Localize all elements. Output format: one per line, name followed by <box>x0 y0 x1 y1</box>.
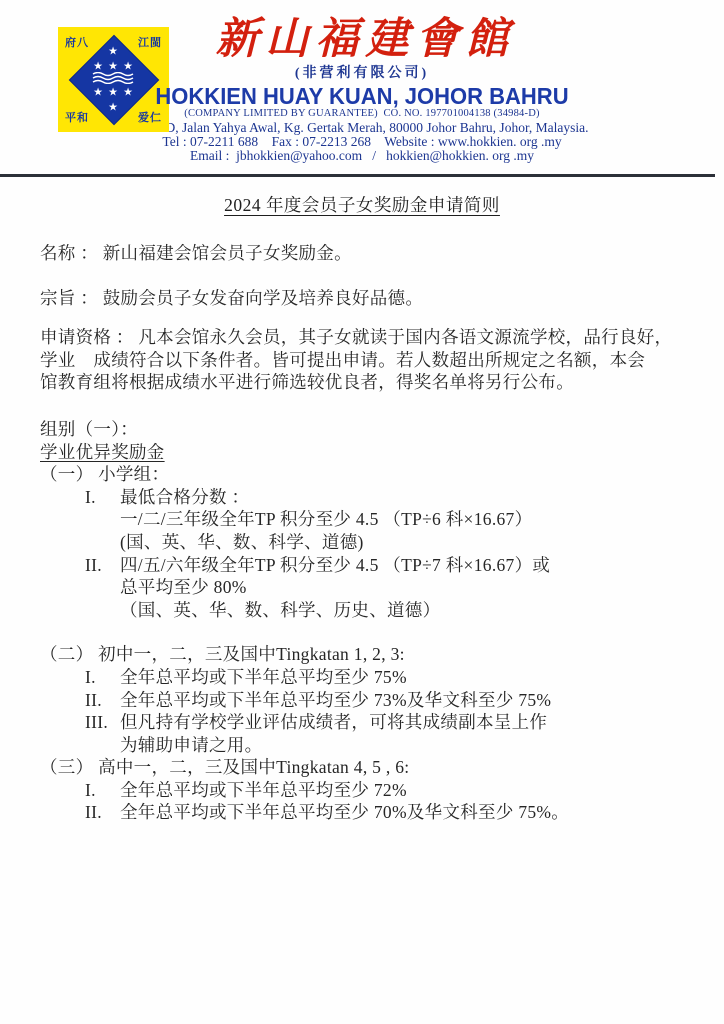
letterhead: ★ ★ ★ ★ ★ ★ ★ ★ 府八 江閩 平和 爱仁 新山福建會館 (非营利有… <box>0 0 724 163</box>
list-item: 总平均至少 80% <box>40 576 688 599</box>
item-label: I. <box>85 779 120 802</box>
item-text: 全年总平均或下半年总平均至少 70%及华文科至少 75%。 <box>120 801 569 824</box>
item-label <box>85 734 120 757</box>
item-text: 全年总平均或下半年总平均至少 73%及华文科至少 75% <box>120 689 551 712</box>
list-item: （国、英、华、数、科学、历史、道德） <box>40 599 688 622</box>
email-line: Email : jbhokkien@yahoo.com / hokkien@ho… <box>0 149 724 163</box>
item-text: (国、英、华、数、科学、道德) <box>120 531 364 554</box>
list-item: 为辅助申请之用。 <box>40 734 688 757</box>
item-label <box>85 576 120 599</box>
list-item: II. 全年总平均或下半年总平均至少 73%及华文科至少 75% <box>40 689 688 712</box>
star-icon: ★ <box>108 47 118 58</box>
item-text: 为辅助申请之用。 <box>120 734 262 757</box>
item-label: II. <box>85 801 120 824</box>
list-item: (国、英、华、数、科学、道德) <box>40 531 688 554</box>
para-eligibility-line-3: 馆教育组将根据成绩水平进行筛选较优良者，得奖名单将另行公布。 <box>40 371 688 394</box>
section-primary-heading: （一） 小学组： <box>40 463 688 486</box>
item-text: （国、英、华、数、科学、历史、道德） <box>120 599 440 622</box>
item-label <box>85 531 120 554</box>
logo-corner-bottom-left: 平和 <box>65 109 89 125</box>
item-label <box>85 599 120 622</box>
header-divider <box>0 174 715 177</box>
item-label <box>85 508 120 531</box>
list-item: I. 最低合格分数 ： <box>40 486 688 509</box>
para-purpose: 宗旨 ： 鼓励会员子女发奋向学及培养良好品德。 <box>40 287 688 310</box>
para-eligibility-line-2: 学业 成绩符合以下条件者。皆可提出申请。若人数超出所规定之名额，本会 <box>40 349 688 372</box>
item-label: I. <box>85 486 120 509</box>
document-body: 名称 ： 新山福建会馆会员子女奖励金。 宗旨 ： 鼓励会员子女发奋向学及培养良好… <box>40 242 688 824</box>
logo-corner-top-right: 江閩 <box>138 34 162 50</box>
section-junior-heading: （二） 初中一，二，三及国中Tingkatan 1, 2, 3: <box>40 643 688 666</box>
list-item: 一/二/三年级全年TP 积分至少 4.5 （TP÷6 科×16.67） <box>40 508 688 531</box>
group-label: 组别（一）： <box>40 418 688 441</box>
group-title: 学业优异奖励金 <box>40 442 165 462</box>
para-name: 名称 ： 新山福建会馆会员子女奖励金。 <box>40 242 688 265</box>
org-name-english: HOKKIEN HUAY KUAN, JOHOR BAHRU <box>0 84 724 108</box>
para-eligibility-line-1: 申请资格 ： 凡本会馆永久会员，其子女就读于国内各语文源流学校，品行良好， <box>40 326 688 349</box>
item-label: II. <box>85 554 120 577</box>
item-text: 一/二/三年级全年TP 积分至少 4.5 （TP÷6 科×16.67） <box>120 508 532 531</box>
document-page: ★ ★ ★ ★ ★ ★ ★ ★ 府八 江閩 平和 爱仁 新山福建會館 (非营利有… <box>0 0 724 1024</box>
list-item: II. 四/五/六年级全年TP 积分至少 4.5 （TP÷7 科×16.67）或 <box>40 554 688 577</box>
list-item: II. 全年总平均或下半年总平均至少 70%及华文科至少 75%。 <box>40 801 688 824</box>
item-label: I. <box>85 666 120 689</box>
logo-corner-top-left: 府八 <box>65 34 89 50</box>
document-title: 2024 年度会员子女奖励金申请简则 <box>0 194 724 216</box>
item-text: 总平均至少 80% <box>120 576 247 599</box>
item-label: III. <box>85 711 120 734</box>
section-senior-heading: （三） 高中一，二，三及国中Tingkatan 4, 5 , 6: <box>40 756 688 779</box>
logo-corner-bottom-right: 爱仁 <box>138 109 162 125</box>
list-item: III. 但凡持有学校学业评估成绩者，可将其成绩副本呈上作 <box>40 711 688 734</box>
list-item: I. 全年总平均或下半年总平均至少 72% <box>40 779 688 802</box>
list-item: I. 全年总平均或下半年总平均至少 75% <box>40 666 688 689</box>
item-text: 全年总平均或下半年总平均至少 75% <box>120 666 407 689</box>
item-text: 全年总平均或下半年总平均至少 72% <box>120 779 407 802</box>
association-logo: ★ ★ ★ ★ ★ ★ ★ ★ 府八 江閩 平和 爱仁 <box>58 27 169 132</box>
item-label: II. <box>85 689 120 712</box>
contact-line: Tel : 07-2211 688 Fax : 07-2213 268 Webs… <box>0 135 724 149</box>
item-text: 最低合格分数 ： <box>120 486 249 509</box>
item-text: 四/五/六年级全年TP 积分至少 4.5 （TP÷7 科×16.67）或 <box>120 554 550 577</box>
item-text: 但凡持有学校学业评估成绩者，可将其成绩副本呈上作 <box>120 711 547 734</box>
